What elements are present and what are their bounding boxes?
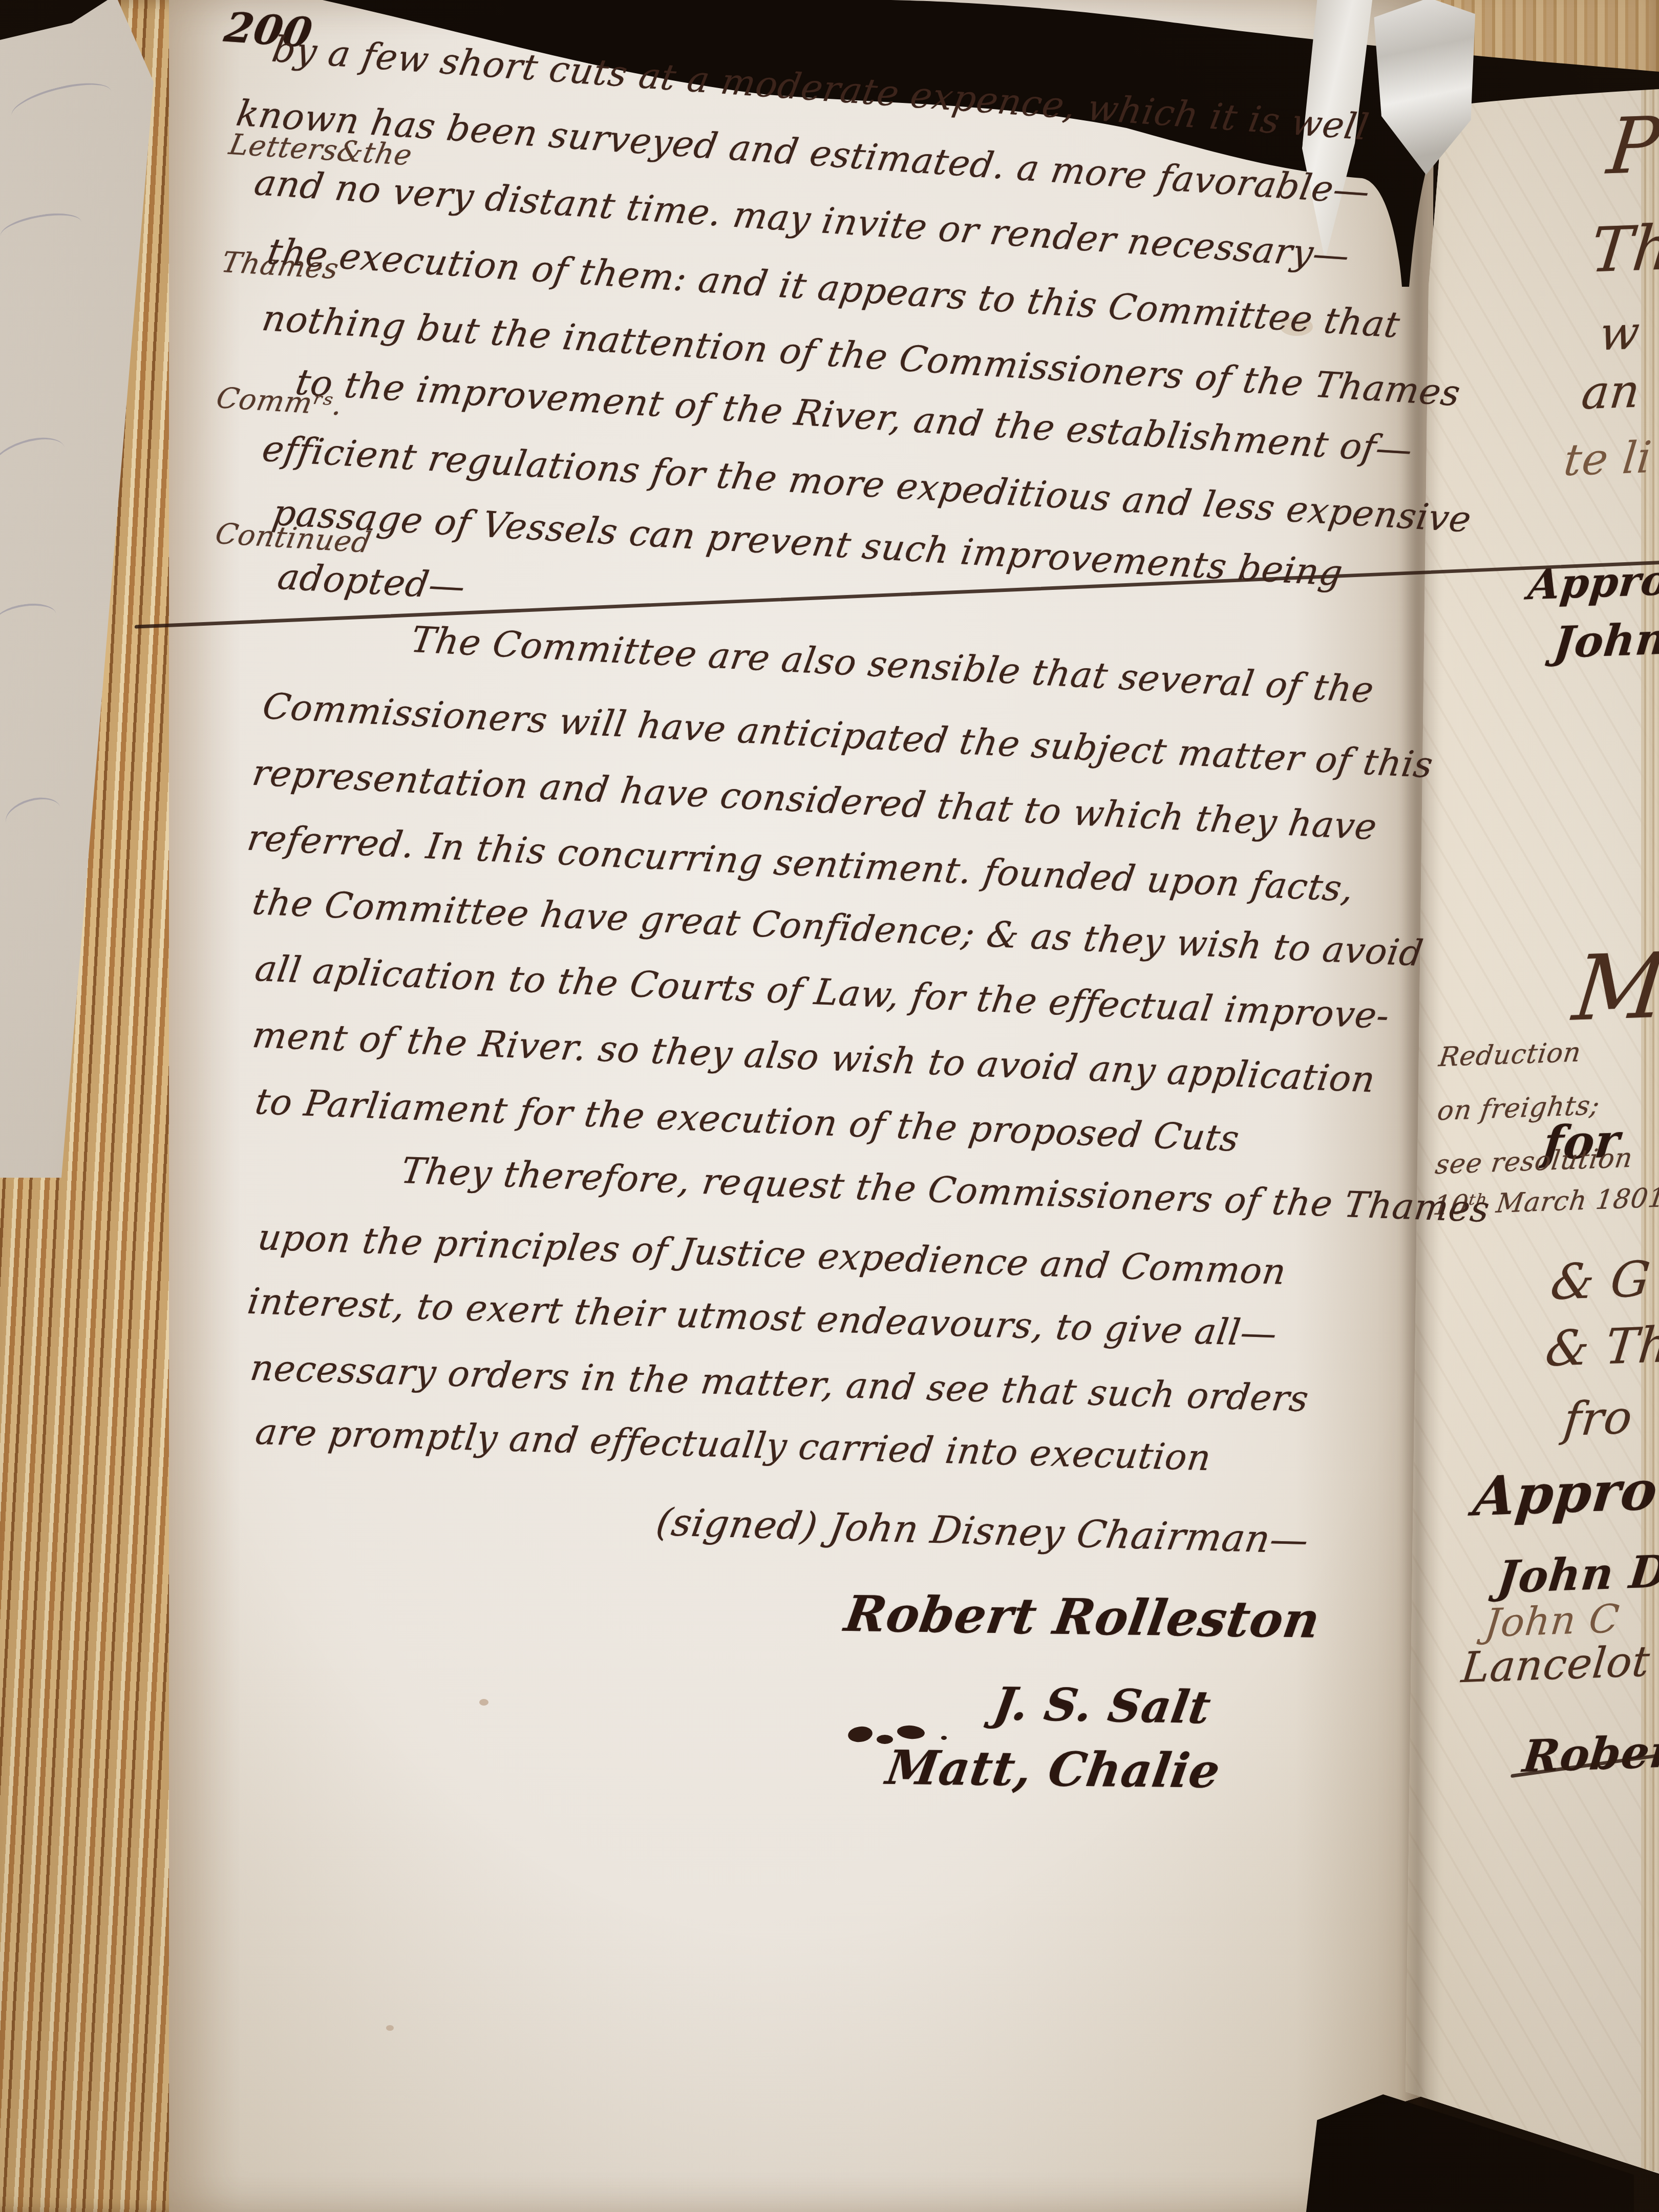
edge-fragment: te li — [1562, 432, 1654, 486]
right-margin-note-line: on freights; — [1436, 1090, 1602, 1126]
edge-fragment: an — [1579, 364, 1643, 420]
signature-line: Matt, Chalie — [883, 1740, 1224, 1799]
ghost-writing-stroke — [2, 792, 65, 839]
stain — [386, 2025, 394, 2031]
edge-fragment: M — [1569, 934, 1659, 1041]
right-margin-note-line: Reduction — [1437, 1037, 1583, 1073]
stain — [479, 1699, 488, 1706]
edge-fragment: Approve — [1471, 1456, 1659, 1528]
right-fore-edge — [1641, 87, 1659, 2171]
edge-fragment: John Dis — [1495, 1544, 1659, 1603]
edge-fragment: & Th — [1543, 1317, 1659, 1378]
edge-fragment: Robert H — [1520, 1721, 1659, 1782]
ink-blot — [941, 1736, 947, 1740]
signature-line: Robert Rolleston — [841, 1585, 1325, 1649]
manuscript-photo: PThwante liApprovJohnMfor& G& ThfroAppro… — [0, 0, 1659, 2212]
ghost-writing-stroke — [0, 600, 58, 636]
ghost-writing-stroke — [0, 430, 71, 490]
edge-fragment: Lancelot — [1459, 1637, 1652, 1692]
edge-fragment: & G — [1548, 1251, 1653, 1311]
signature-line: J. S. Salt — [990, 1677, 1215, 1734]
edge-fragment: fro — [1561, 1390, 1635, 1447]
edge-fragment: John C — [1483, 1596, 1622, 1646]
black-backdrop-bottom — [0, 2048, 1659, 2212]
